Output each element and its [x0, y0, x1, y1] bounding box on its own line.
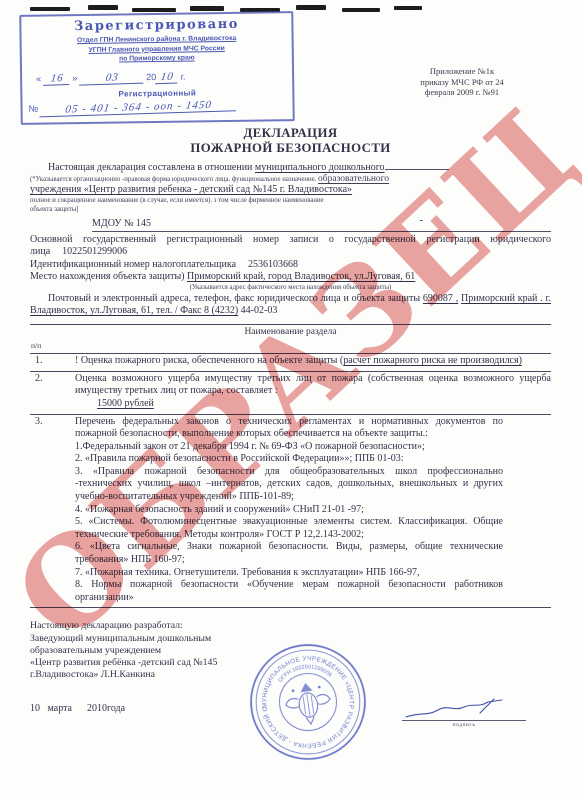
handwritten-month: 03	[79, 70, 145, 85]
ogrn-value: 1022501299006	[62, 246, 127, 257]
stamp-title: Зарегистрировано	[27, 16, 285, 35]
quote-open: «	[36, 73, 41, 83]
mdou-value: МДОУ № 145	[92, 218, 151, 229]
number-sign: №	[28, 103, 38, 113]
institution-name: учреждения «Центр развития ребенка - дет…	[30, 184, 551, 197]
intro-text: Настоящая декларация составлена в отноше…	[48, 162, 255, 173]
law-item: 7. «Пожарная техника. Огнетушители. Треб…	[75, 567, 503, 580]
law-item: 2. «Правила пожарной безопасности в Росс…	[75, 453, 503, 466]
seal-ring-text: МУНИЦИПАЛЬНОЕ УЧРЕЖДЕНИЕ «ЦЕНТР РАЗВИТИЯ…	[239, 633, 361, 757]
location-label: Место нахождения объекта защиты)	[30, 271, 187, 282]
credits-line: Настоящую декларацию разработал:	[30, 620, 300, 632]
handwritten-day: 16	[43, 71, 71, 85]
table-row: 2. Оценка возможного ущерба имуществу тр…	[30, 371, 551, 414]
table-row: 1. ! Оценка пожарного риска, обеспеченно…	[30, 353, 551, 371]
scan-artifact-dash	[190, 6, 224, 11]
location-paragraph: Место нахождения объекта защиты) Приморс…	[30, 271, 551, 284]
signature-scribble-icon	[402, 697, 522, 723]
contact-phone: 44-02-03	[238, 305, 277, 316]
signature-area: подпись	[402, 697, 526, 728]
contact-phone-label: тел. / Факс 8 (4232)	[154, 305, 239, 316]
handwritten-reg-number: 05 - 401 - 364 - ооп - 1450	[40, 98, 238, 117]
appendix-line: приказу МЧС РФ от 24	[392, 77, 532, 88]
note-underlined: образовательного	[318, 174, 389, 184]
intro-fill-in: муниципального дошкольного	[255, 162, 385, 173]
handwritten-year: 10	[155, 70, 179, 84]
document-body: ДЕКЛАРАЦИЯ ПОЖАРНОЙ БЕЗОПАСНОСТИ Настоящ…	[30, 126, 551, 716]
scanned-declaration-page: Зарегистрировано Отдел ГПН Ленинского ра…	[0, 0, 582, 800]
row-text: ! Оценка пожарного риска, обеспеченного …	[75, 355, 551, 368]
damage-sum: 15000 рублей	[97, 398, 154, 409]
location-value: Приморский край, город Владивосток, ул.Л…	[187, 271, 415, 282]
document-title: ДЕКЛАРАЦИЯ ПОЖАРНОЙ БЕЗОПАСНОСТИ	[30, 126, 551, 155]
round-seal-stamp: МУНИЦИПАЛЬНОЕ УЧРЕЖДЕНИЕ «ЦЕНТР РАЗВИТИЯ…	[239, 633, 377, 771]
registration-stamp: Зарегистрировано Отдел ГПН Ленинского ра…	[19, 11, 295, 124]
scan-artifact-dash	[394, 6, 422, 10]
explanatory-note: (*Указывается организационно -правовая ф…	[30, 175, 551, 185]
row-number: 3.	[30, 416, 75, 605]
explanatory-note: полное и сокращенное наименование (в слу…	[30, 197, 551, 206]
note-text: (*Указывается организационно -правовая ф…	[30, 176, 318, 183]
ogrn-paragraph: Основной государственный регистрационный…	[30, 234, 551, 259]
contact-paragraph: Почтовый и электронный адреса, телефон, …	[30, 293, 551, 318]
law-item: 5. «Системы. Фотолюминесцентные эвакуаци…	[75, 516, 503, 541]
sections-table: Наименование раздела п/п 1. ! Оценка пож…	[30, 324, 551, 608]
blank-line	[385, 169, 449, 170]
stray-dash: -	[420, 215, 423, 228]
mdou-fill-line: МДОУ № 145-	[92, 218, 551, 232]
row-number: 1.	[30, 355, 75, 368]
scan-artifact-dash	[88, 5, 118, 10]
row-text-underlined: расчет пожарного риска не производился)	[343, 355, 522, 366]
contact-label: Почтовый и электронный адреса, телефон, …	[48, 293, 423, 304]
row-number: 2.	[30, 373, 75, 411]
table-column-label: п/п	[30, 339, 551, 354]
table-header: Наименование раздела п/п	[30, 324, 551, 353]
row-text: Перечень федеральных законов о техническ…	[75, 416, 551, 605]
scan-artifact-dash	[132, 8, 176, 12]
title-line-1: ДЕКЛАРАЦИЯ	[30, 126, 551, 141]
law-item: 8. Нормы пожарной безопасности «Обучение…	[75, 579, 503, 604]
law-item: 6. «Цвета сигнальные, Знаки пожарной без…	[75, 541, 503, 566]
credits-line: Заведующий муниципальным дошкольным	[30, 633, 300, 645]
scan-artifact-dash	[30, 7, 70, 11]
intro-paragraph: Настоящая декларация составлена в отноше…	[30, 162, 551, 175]
inn-label: Идентификационный номер налогоплательщик…	[30, 259, 236, 270]
scan-artifact-dash	[342, 8, 380, 12]
appendix-line: февраля 2009 г. №91	[392, 87, 532, 98]
postal-code: 690087 ,	[423, 293, 458, 304]
row-text: Оценка возможного ущерба имуществу треть…	[75, 373, 551, 411]
laws-intro: Перечень федеральных законов о техническ…	[75, 416, 503, 441]
table-header-title: Наименование раздела	[30, 325, 551, 339]
table-row: 3. Перечень федеральных законов о технич…	[30, 414, 551, 608]
law-item: 3. «Правила пожарной безопасности для об…	[75, 466, 503, 504]
stamp-reg-label: Регистрационный	[28, 87, 286, 100]
appendix-line: Приложение №1к	[392, 66, 532, 77]
quote-close: »	[72, 73, 77, 83]
inn-value: 2536103668	[248, 259, 298, 270]
title-line-2: ПОЖАРНОЙ БЕЗОПАСНОСТИ	[30, 141, 551, 156]
appendix-note: Приложение №1к приказу МЧС РФ от 24 февр…	[392, 66, 532, 98]
year-suffix: г.	[181, 71, 186, 81]
location-note: (Указывается адрес фактического места на…	[30, 284, 551, 293]
svg-text:МУНИЦИПАЛЬНОЕ УЧРЕЖДЕНИЕ «ЦЕНТ: МУНИЦИПАЛЬНОЕ УЧРЕЖДЕНИЕ «ЦЕНТР РАЗВИТИЯ…	[239, 633, 361, 757]
law-item: 4. «Пожарная безопасность зданий и соору…	[75, 504, 503, 517]
coat-of-arms-emblem-icon	[283, 681, 333, 727]
stamp-reg-number-row: № 05 - 401 - 364 - ооп - 1450	[28, 99, 286, 116]
row-text-plain: Оценка возможного ущерба имуществу треть…	[75, 373, 551, 397]
row-text-plain: ! Оценка пожарного риска, обеспеченного …	[75, 355, 343, 366]
explanatory-note: объекта защиты]	[30, 206, 551, 215]
scan-artifact-dash	[296, 5, 326, 10]
law-item: 1.Федеральный закон от 21 декабря 1994 г…	[75, 441, 503, 454]
inn-paragraph: Идентификационный номер налогоплательщик…	[30, 259, 551, 272]
stamp-date-row: « 16 » 03 2010 г.	[28, 69, 286, 86]
